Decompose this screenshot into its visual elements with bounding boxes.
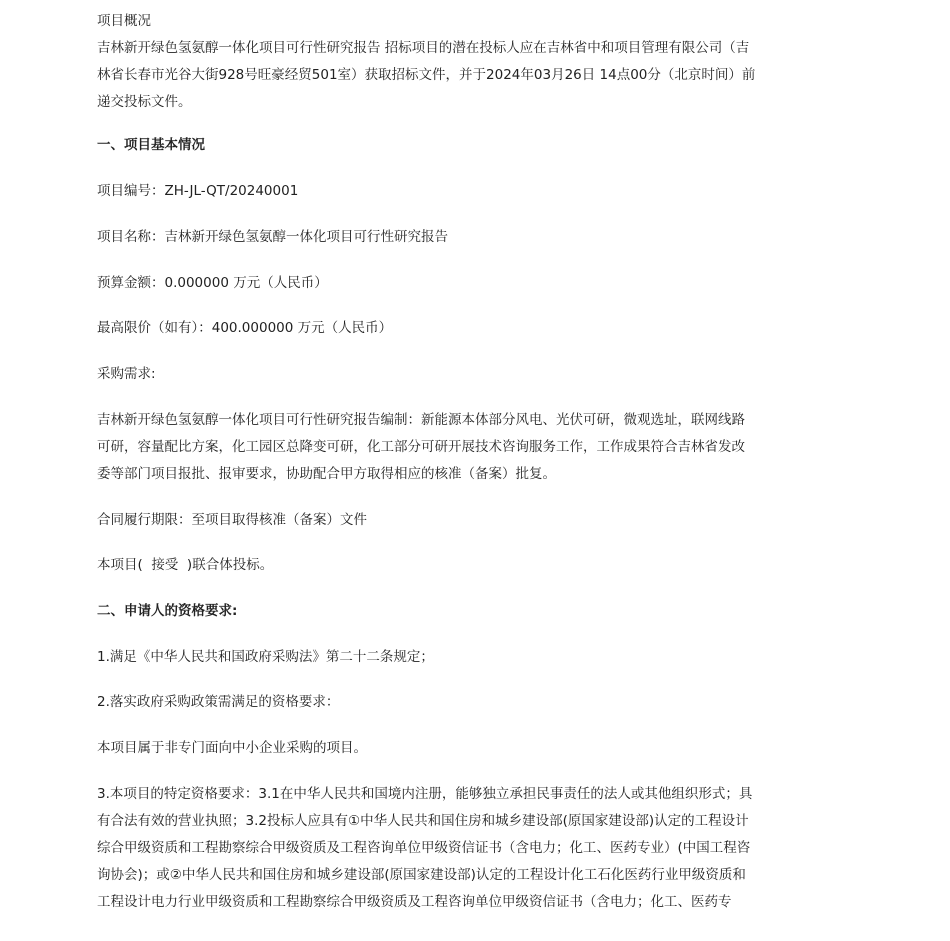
project-name: 项目名称：吉林新开绿色氢氨醇一体化项目可行性研究报告 — [97, 224, 757, 251]
overview-title: 项目概况 — [97, 8, 757, 35]
procurement-text: 吉林新开绿色氢氨醇一体化项目可行性研究报告编制：新能源本体部分风电、光伏可研，微… — [97, 407, 757, 488]
contract-term: 合同履行期限：至项目取得核准（备案）文件 — [97, 507, 757, 534]
section2-heading: 二、申请人的资格要求: — [97, 598, 757, 625]
procurement-label: 采购需求: — [97, 361, 757, 388]
section1-heading: 一、项目基本情况 — [97, 132, 757, 159]
overview-text: 吉林新开绿色氢氨醇一体化项目可行性研究报告 招标项目的潜在投标人应在吉林省中和项… — [97, 35, 757, 116]
budget-amount: 预算金额：0.000000 万元（人民币） — [97, 270, 757, 297]
requirement-1: 1.满足《中华人民共和国政府采购法》第二十二条规定； — [97, 644, 757, 671]
requirement-3: 3.本项目的特定资格要求：3.1在中华人民共和国境内注册，能够独立承担民事责任的… — [97, 781, 757, 916]
project-number: 项目编号：ZH-JL-QT/20240001 — [97, 178, 757, 205]
consortium-note: 本项目( 接受 )联合体投标。 — [97, 552, 757, 579]
requirement-2: 2.落实政府采购政策需满足的资格要求： — [97, 689, 757, 716]
max-price: 最高限价（如有）：400.000000 万元（人民币） — [97, 315, 757, 342]
requirement-2-detail: 本项目属于非专门面向中小企业采购的项目。 — [97, 735, 757, 762]
